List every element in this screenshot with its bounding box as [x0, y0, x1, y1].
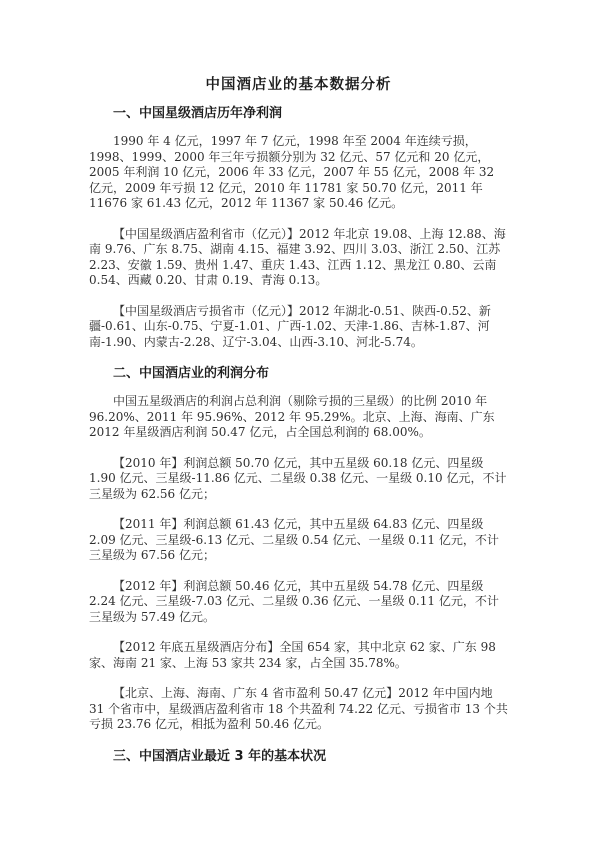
paragraph-profit-breakdown-2010: 【2010 年】利润总额 50.70 亿元，其中五星级 60.18 亿元、四星级… — [89, 456, 508, 503]
paragraph-five-star-hotel-distribution-2012: 【2012 年底五星级酒店分布】全国 654 家，其中北京 62 家、广东 98… — [89, 640, 508, 671]
paragraph-profitable-provinces-2012: 【中国星级酒店盈利省市（亿元）】2012 年北京 19.08、上海 12.88、… — [89, 227, 508, 289]
section-heading-net-profit-by-year: 一、中国星级酒店历年净利润 — [89, 105, 508, 123]
section-heading-recent-3-years: 三、中国酒店业最近 3 年的基本状况 — [89, 748, 508, 766]
paragraph-five-star-profit-share: 中国五星级酒店的利润占总利润（剔除亏损的三星级）的比例 2010 年 96.20… — [89, 394, 508, 441]
document-title: 中国酒店业的基本数据分析 — [89, 75, 508, 95]
section-heading-profit-distribution: 二、中国酒店业的利润分布 — [89, 365, 508, 383]
paragraph-yearly-net-profit: 1990 年 4 亿元，1997 年 7 亿元，1998 年至 2004 年连续… — [89, 134, 508, 212]
paragraph-loss-provinces-2012: 【中国星级酒店亏损省市（亿元）】2012 年湖北-0.51、陕西-0.52、新疆… — [89, 304, 508, 351]
document-page: 中国酒店业的基本数据分析 一、中国星级酒店历年净利润 1990 年 4 亿元，1… — [0, 0, 595, 842]
paragraph-profit-breakdown-2011: 【2011 年】利润总额 61.43 亿元，其中五星级 64.83 亿元、四星级… — [89, 517, 508, 564]
paragraph-profit-breakdown-2012: 【2012 年】利润总额 50.46 亿元，其中五星级 54.78 亿元、四星级… — [89, 579, 508, 626]
paragraph-four-provinces-profit-summary: 【北京、上海、海南、广东 4 省市盈利 50.47 亿元】2012 年中国内地 … — [89, 686, 508, 733]
